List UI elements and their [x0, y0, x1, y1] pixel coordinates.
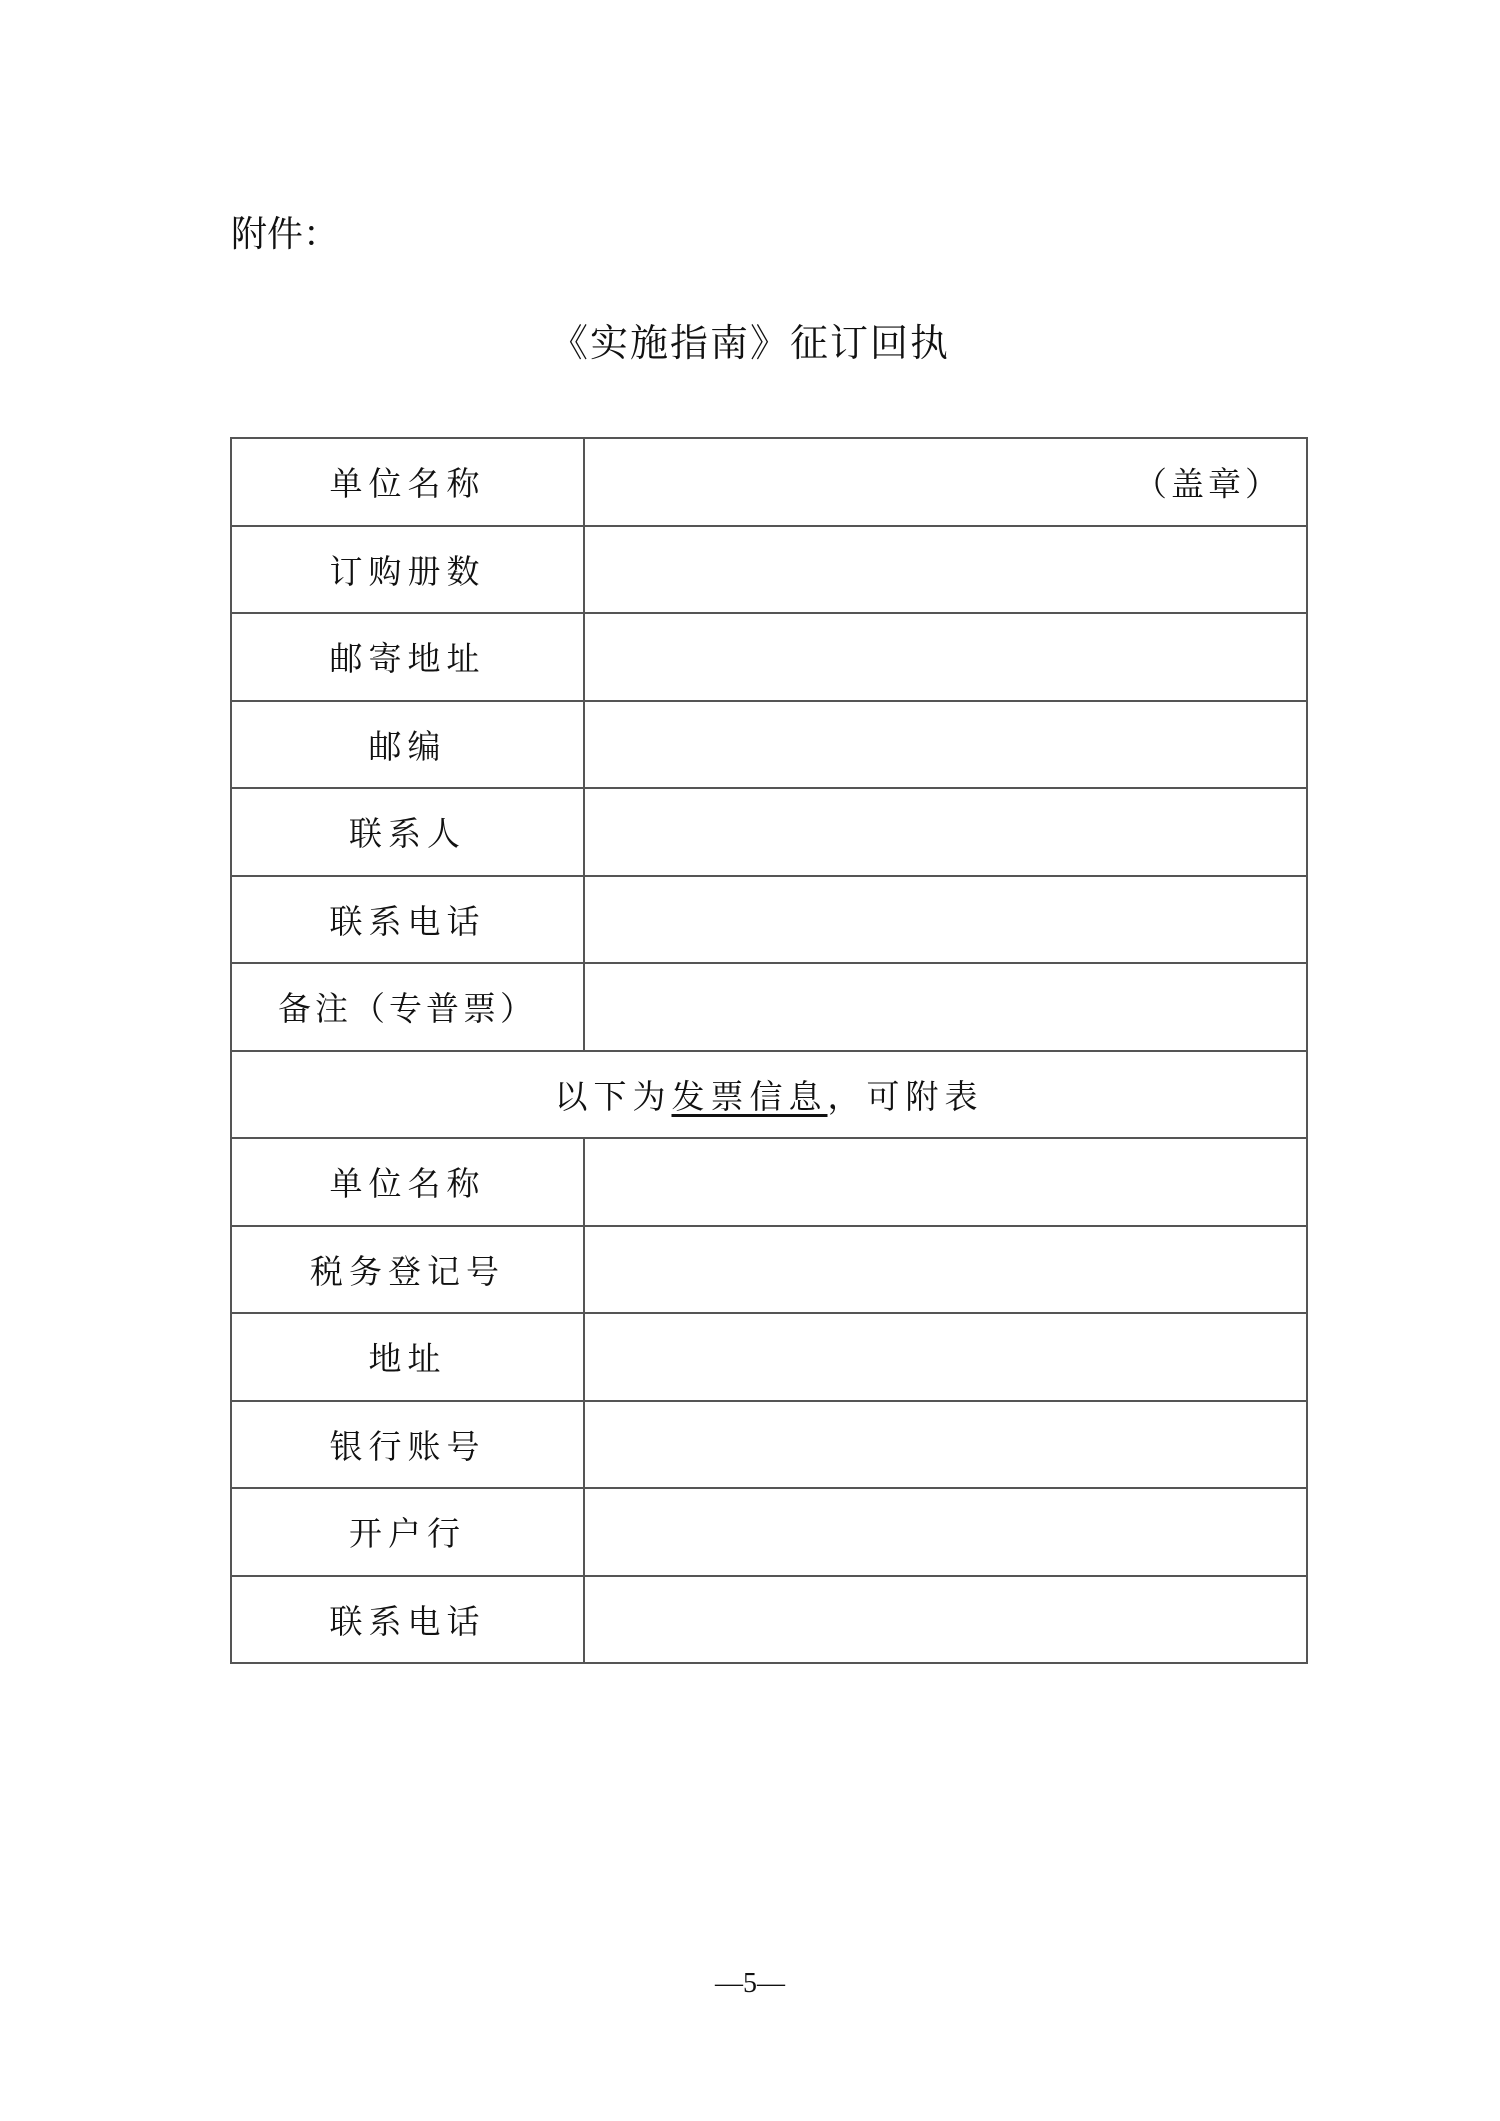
page-number: —5—	[0, 1968, 1500, 2000]
field-label-invoice-phone: 联系电话	[231, 1576, 584, 1664]
field-value-contact-phone[interactable]	[584, 876, 1307, 964]
invoice-section-header-row: 以下为发票信息，可附表	[231, 1051, 1307, 1139]
table-row: 联系电话	[231, 876, 1307, 964]
table-row: 备注（专普票）	[231, 963, 1307, 1051]
field-label-contact-phone: 联系电话	[231, 876, 584, 964]
table-row: 地址	[231, 1313, 1307, 1401]
invoice-section-prefix: 以下为	[555, 1077, 672, 1116]
field-label-remarks: 备注（专普票）	[231, 963, 584, 1051]
field-label-mailing-address: 邮寄地址	[231, 613, 584, 701]
table-row: 联系人	[231, 788, 1307, 876]
field-value-unit-name[interactable]: （盖章）	[584, 438, 1307, 526]
field-label-bank-account: 银行账号	[231, 1401, 584, 1489]
invoice-section-underlined: 发票信息	[672, 1077, 828, 1116]
invoice-section-suffix: ，可附表	[828, 1077, 984, 1116]
field-value-invoice-phone[interactable]	[584, 1576, 1307, 1664]
field-label-order-quantity: 订购册数	[231, 526, 584, 614]
table-row: 邮编	[231, 701, 1307, 789]
table-row: 开户行	[231, 1488, 1307, 1576]
field-value-remarks[interactable]	[584, 963, 1307, 1051]
table-row: 税务登记号	[231, 1226, 1307, 1314]
table-row: 邮寄地址	[231, 613, 1307, 701]
invoice-section-header: 以下为发票信息，可附表	[231, 1051, 1307, 1139]
field-value-bank-account[interactable]	[584, 1401, 1307, 1489]
table-row: 单位名称	[231, 1138, 1307, 1226]
document-title: 《实施指南》征订回执	[0, 318, 1500, 368]
table-row: 联系电话	[231, 1576, 1307, 1664]
field-value-order-quantity[interactable]	[584, 526, 1307, 614]
field-value-contact-person[interactable]	[584, 788, 1307, 876]
field-label-contact-person: 联系人	[231, 788, 584, 876]
seal-note: （盖章）	[1134, 458, 1282, 505]
field-label-invoice-unit-name: 单位名称	[231, 1138, 584, 1226]
field-label-bank-branch: 开户行	[231, 1488, 584, 1576]
field-value-tax-id[interactable]	[584, 1226, 1307, 1314]
field-value-bank-branch[interactable]	[584, 1488, 1307, 1576]
field-label-address: 地址	[231, 1313, 584, 1401]
field-label-tax-id: 税务登记号	[231, 1226, 584, 1314]
field-value-mailing-address[interactable]	[584, 613, 1307, 701]
field-value-postcode[interactable]	[584, 701, 1307, 789]
field-label-postcode: 邮编	[231, 701, 584, 789]
table-row: 订购册数	[231, 526, 1307, 614]
attachment-label: 附件：	[231, 212, 339, 258]
subscription-form-table: 单位名称 （盖章） 订购册数 邮寄地址 邮编 联系人 联系电话 备注（专普票）	[230, 437, 1308, 1664]
field-value-invoice-unit-name[interactable]	[584, 1138, 1307, 1226]
field-label-unit-name: 单位名称	[231, 438, 584, 526]
field-value-address[interactable]	[584, 1313, 1307, 1401]
table-row: 银行账号	[231, 1401, 1307, 1489]
table-row: 单位名称 （盖章）	[231, 438, 1307, 526]
